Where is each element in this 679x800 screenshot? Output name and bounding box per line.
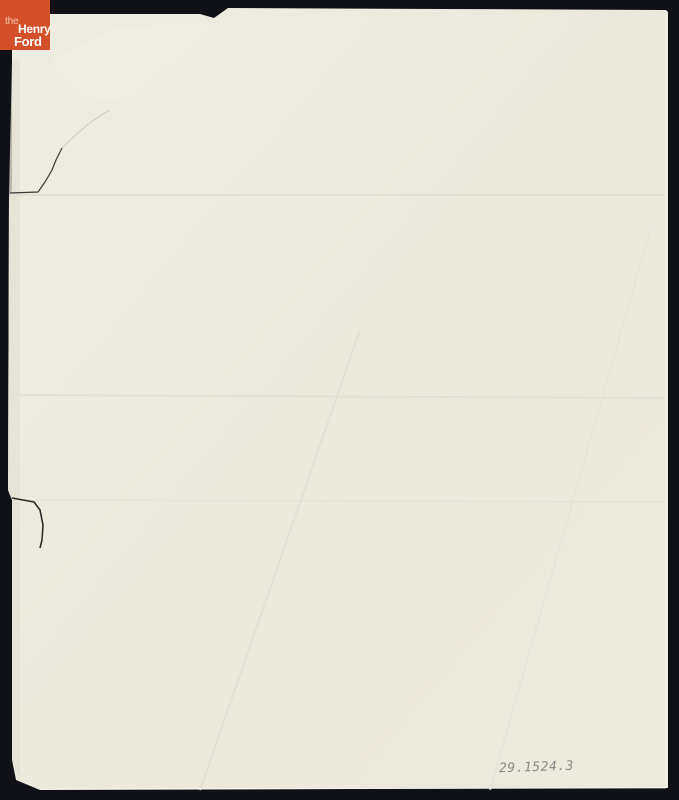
catalog-number: 29.1524.3 <box>499 759 574 777</box>
paper-shape <box>0 0 679 800</box>
logo-the: the <box>5 17 18 27</box>
henry-ford-logo: the Henry Ford <box>0 0 50 50</box>
paper-sheet <box>0 0 679 800</box>
logo-ford: Ford <box>14 35 42 48</box>
